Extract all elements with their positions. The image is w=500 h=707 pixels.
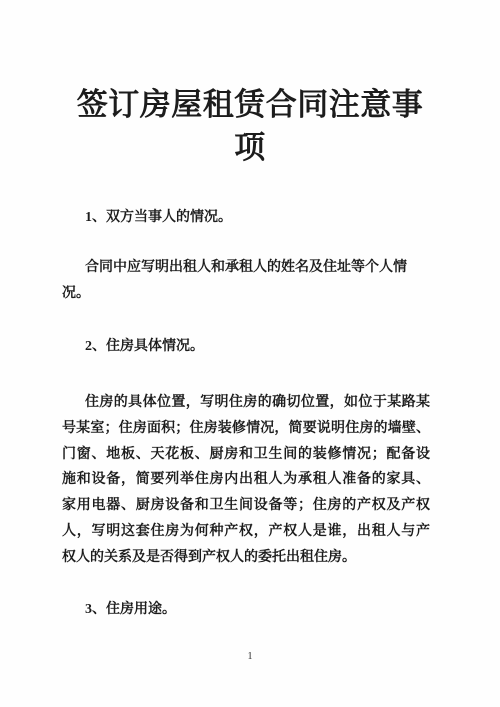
paragraph-2-line-7: 权人的关系及是否得到产权人的委托出租住房。 (62, 545, 430, 571)
title-line-1: 签订房屋租赁合同注意事 (0, 83, 500, 126)
paragraph-2-line-3: 门窗、地板、天花板、厨房和卫生间的装修情况；配备设 (62, 442, 430, 468)
paragraph-1: 合同中应写明出租人和承租人的姓名及住址等个人情况。 (62, 255, 430, 307)
document-title: 签订房屋租赁合同注意事 项 (0, 83, 500, 169)
heading-item-1: 1、双方当事人的情况。 (62, 205, 430, 231)
document-page: 签订房屋租赁合同注意事 项 1、双方当事人的情况。 合同中应写明出租人和承租人的… (0, 0, 500, 707)
paragraph-2-line-4: 施和设备，简要列举住房内出租人为承租人准备的家具、 (62, 467, 430, 493)
paragraph-2-line-5: 家用电器、厨房设备和卫生间设备等；住房的产权及产权 (62, 493, 430, 519)
title-line-2: 项 (0, 126, 500, 169)
paragraph-2: 住房的具体位置，写明住房的确切位置，如位于某路某 号某室；住房面积；住房装修情况… (62, 390, 430, 571)
paragraph-2-line-6: 人，写明这套住房为何种产权，产权人是谁，出租人与产 (62, 519, 430, 545)
paragraph-2-line-2: 号某室；住房面积；住房装修情况，简要说明住房的墙壁、 (62, 416, 430, 442)
paragraph-2-line-1: 住房的具体位置，写明住房的确切位置，如位于某路某 (62, 390, 430, 416)
heading-item-3: 3、住房用途。 (62, 597, 430, 623)
heading-item-2: 2、住房具体情况。 (62, 334, 430, 360)
page-number: 1 (0, 651, 500, 662)
